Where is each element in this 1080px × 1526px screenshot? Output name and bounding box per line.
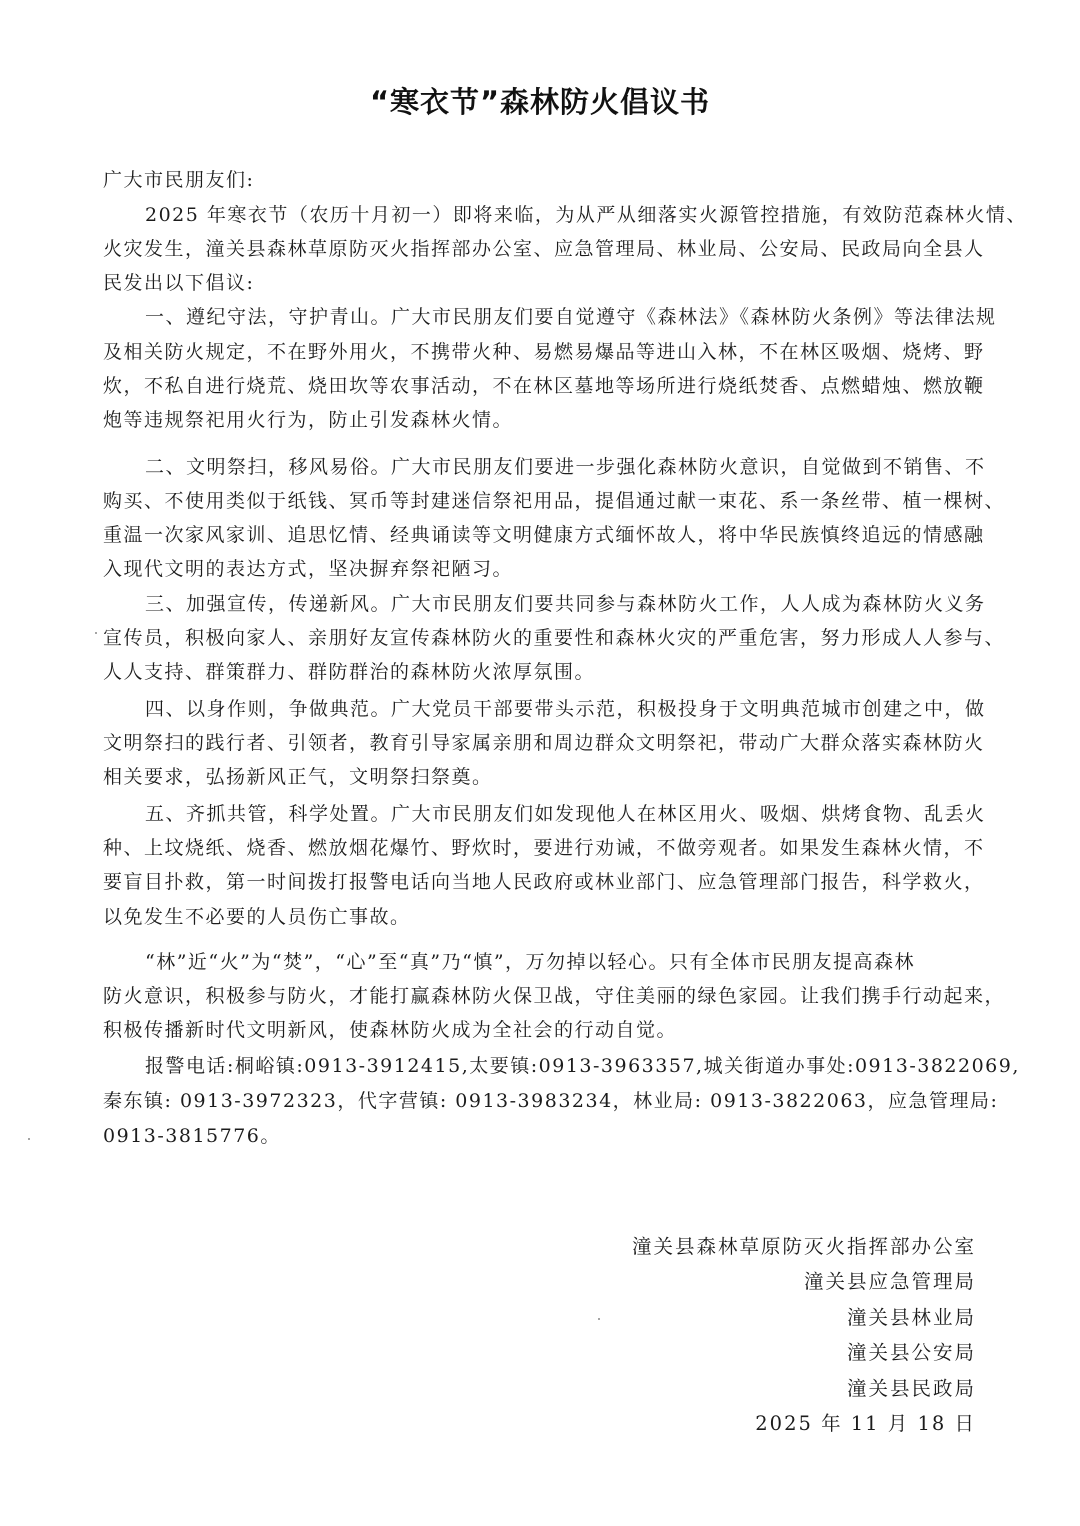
paragraph-line: 五、齐抓共管，科学处置。广大市民朋友们如发现他人在林区用火、吸烟、烘烤食物、乱丢… bbox=[145, 802, 983, 826]
paragraph-line: 2025 年寒衣节（农历十月初一）即将来临，为从严从细落实火源管控措施，有效防范… bbox=[145, 203, 983, 227]
paragraph-line: 四、以身作则，争做典范。广大党员干部要带头示范，积极投身于文明典范城市创建之中，… bbox=[145, 697, 983, 721]
paragraph-line: 相关要求，弘扬新风正气，文明祭扫祭奠。 bbox=[103, 765, 983, 789]
paragraph-line: 0913-3815776。 bbox=[103, 1124, 983, 1148]
paragraph-line: 入现代文明的表达方式，坚决摒弃祭祀陋习。 bbox=[103, 557, 983, 581]
paragraph-line: “林”近“火”为“焚”，“心”至“真”乃“慎”，万勿掉以轻心。只有全体市民朋友提… bbox=[145, 950, 983, 974]
document-title: “寒衣节”森林防火倡议书 bbox=[0, 80, 1080, 121]
paragraph-line: 种、上坟烧纸、烧香、燃放烟花爆竹、野炊时，要进行劝诫，不做旁观者。如果发生森林火… bbox=[103, 836, 983, 860]
paragraph-line: 及相关防火规定，不在野外用火，不携带火种、易燃易爆品等进山入林，不在林区吸烟、烧… bbox=[103, 340, 983, 364]
signatory: 潼关县应急管理局 bbox=[804, 1270, 976, 1294]
paragraph-line: 二、文明祭扫，移风易俗。广大市民朋友们要进一步强化森林防火意识，自觉做到不销售、… bbox=[145, 455, 983, 479]
scan-speck bbox=[95, 632, 97, 634]
paragraph-line: 秦东镇: 0913-3972323，代字营镇: 0913-3983234，林业局… bbox=[103, 1089, 983, 1113]
paragraph-line: 火灾发生，潼关县森林草原防灭火指挥部办公室、应急管理局、林业局、公安局、民政局向… bbox=[103, 237, 983, 261]
signatory: 潼关县民政局 bbox=[847, 1377, 976, 1401]
salutation: 广大市民朋友们: bbox=[103, 168, 983, 192]
paragraph-line: 一、遵纪守法，守护青山。广大市民朋友们要自觉遵守《森林法》《森林防火条例》等法律… bbox=[145, 305, 983, 329]
paragraph-line: 宣传员，积极向家人、亲朋好友宣传森林防火的重要性和森林火灾的严重危害，努力形成人… bbox=[103, 626, 983, 650]
signatory: 潼关县公安局 bbox=[847, 1341, 976, 1365]
paragraph-line: 炊，不私自进行烧荒、烧田坎等农事活动，不在林区墓地等场所进行烧纸焚香、点燃蜡烛、… bbox=[103, 374, 983, 398]
paragraph-line: 购买、不使用类似于纸钱、冥币等封建迷信祭祀用品，提倡通过献一束花、系一条丝带、植… bbox=[103, 489, 983, 513]
paragraph-line: 积极传播新时代文明新风，使森林防火成为全社会的行动自觉。 bbox=[103, 1018, 983, 1042]
scan-speck bbox=[598, 1318, 600, 1320]
paragraph-line: 炮等违规祭祀用火行为，防止引发森林火情。 bbox=[103, 408, 983, 432]
signatory: 潼关县森林草原防灭火指挥部办公室 bbox=[632, 1235, 976, 1259]
paragraph-line: 以免发生不必要的人员伤亡事故。 bbox=[103, 905, 983, 929]
paragraph-line: 报警电话:桐峪镇:0913-3912415,太要镇:0913-3963357,城… bbox=[145, 1054, 983, 1078]
paragraph-line: 三、加强宣传，传递新风。广大市民朋友们要共同参与森林防火工作，人人成为森林防火义… bbox=[145, 592, 983, 616]
scan-speck bbox=[28, 1138, 30, 1140]
paragraph-line: 文明祭扫的践行者、引领者，教育引导家属亲朋和周边群众文明祭祀，带动广大群众落实森… bbox=[103, 731, 983, 755]
paragraph-line: 要盲目扑救，第一时间拨打报警电话向当地人民政府或林业部门、应急管理部门报告，科学… bbox=[103, 870, 983, 894]
document-date: 2025 年 11 月 18 日 bbox=[755, 1412, 976, 1436]
paragraph-line: 重温一次家风家训、追思忆情、经典诵读等文明健康方式缅怀故人，将中华民族慎终追远的… bbox=[103, 523, 983, 547]
paragraph-line: 防火意识，积极参与防火，才能打赢森林防火保卫战，守住美丽的绿色家园。让我们携手行… bbox=[103, 984, 983, 1008]
paragraph-line: 民发出以下倡议: bbox=[103, 271, 983, 295]
paragraph-line: 人人支持、群策群力、群防群治的森林防火浓厚氛围。 bbox=[103, 660, 983, 684]
signatory: 潼关县林业局 bbox=[847, 1306, 976, 1330]
